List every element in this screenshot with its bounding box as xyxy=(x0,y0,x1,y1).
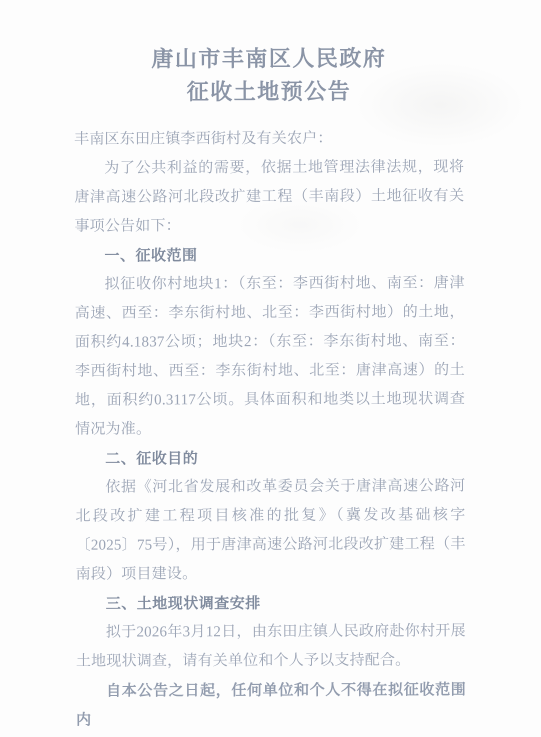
section-3-heading: 三、土地现状调查安排 xyxy=(76,588,466,618)
section-2-paragraph: 依据《河北省发展和改革委员会关于唐津高速公路河北段改扩建工程项目核准的批复》（冀… xyxy=(75,472,465,589)
section-1-paragraph: 拟征收你村地块1：（东至：李西街村地、南至：唐津高速、西至：李东街村地、北至：李… xyxy=(75,269,466,444)
notice-title: 唐山市丰南区人民政府 征收土地预公告 xyxy=(74,41,464,108)
notice-body: 丰南区东田庄镇李西街村及有关农户： 为了公共利益的需要，依据土地管理法律法规，现… xyxy=(74,124,466,734)
closing-paragraph: 自本公告之日起，任何单位和个人不得在拟征收范围内 xyxy=(76,675,466,734)
scanned-notice-page: 唐山市丰南区人民政府 征收土地预公告 丰南区东田庄镇李西街村及有关农户： 为了公… xyxy=(0,0,541,737)
salutation: 丰南区东田庄镇李西街村及有关农户： xyxy=(74,124,464,154)
section-3-paragraph: 拟于2026年3月12日，由东田庄镇人民政府赴你村开展土地现状调查，请有关单位和… xyxy=(76,617,466,676)
notice-content: 唐山市丰南区人民政府 征收土地预公告 丰南区东田庄镇李西街村及有关农户： 为了公… xyxy=(74,41,466,734)
section-1-heading: 一、征收范围 xyxy=(74,240,464,270)
title-line-1: 唐山市丰南区人民政府 xyxy=(74,41,464,75)
section-2-heading: 二、征收目的 xyxy=(75,443,465,473)
intro-paragraph: 为了公共利益的需要，依据土地管理法律法规，现将唐津高速公路河北段改扩建工程（丰南… xyxy=(74,153,464,241)
title-line-2: 征收土地预公告 xyxy=(74,74,464,108)
